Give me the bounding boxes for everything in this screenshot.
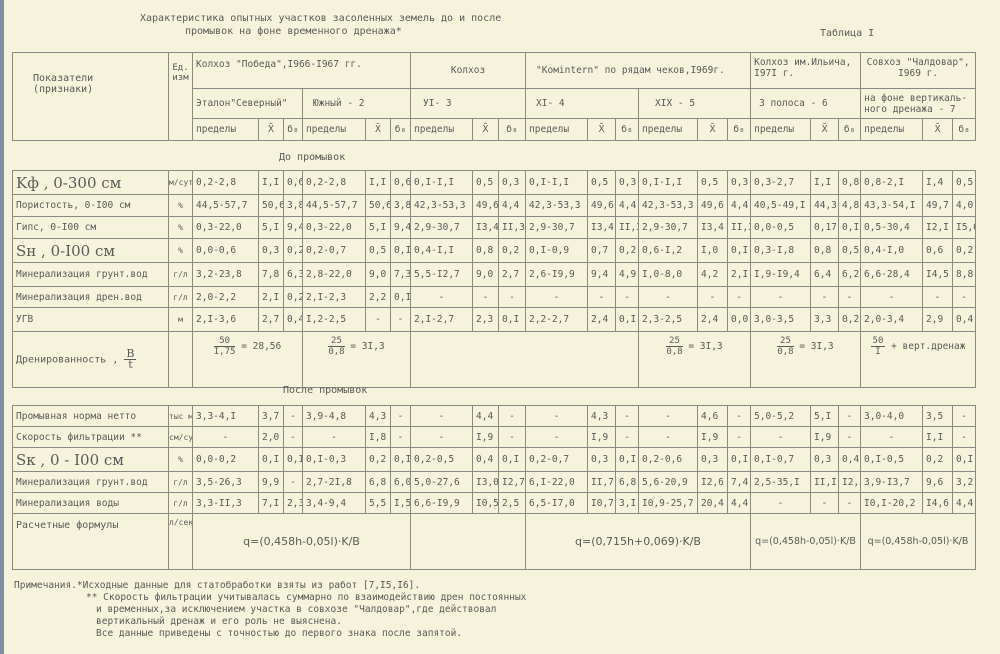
cell-sd: II,3 xyxy=(499,217,526,239)
formula-4: q=(0,458h-0,05l)·K/B xyxy=(861,514,976,570)
cell-sd: 0,I xyxy=(839,217,861,239)
subheader-range: пределы xyxy=(411,119,473,141)
notes: Примечания.*Исходные данные для статобра… xyxy=(14,580,526,640)
row-label: Минерализация грунт.вод xyxy=(13,263,169,287)
subheader-mean: X̄ xyxy=(259,119,284,141)
cell-sd: - xyxy=(839,493,861,514)
cell-mean: - xyxy=(698,287,728,308)
cell-mean: I4,5 xyxy=(923,263,953,287)
subheader-sd: б₈ xyxy=(499,119,526,141)
cell-sd: 4,9 xyxy=(616,263,639,287)
cell-sd: - xyxy=(953,427,976,448)
row-unit: тыс м³/га xyxy=(169,406,193,427)
cell-sd: 9,4 xyxy=(284,217,303,239)
cell-mean: - xyxy=(923,287,953,308)
cell-mean: I,9 xyxy=(811,427,839,448)
row-unit: г/л xyxy=(169,263,193,287)
cell-sd: 4,4 xyxy=(953,493,976,514)
cell-range: 0,I-0,5 xyxy=(861,448,923,472)
cell-sd: 0,3 xyxy=(499,171,526,195)
cell-sd: 0,3 xyxy=(616,171,639,195)
header-group-ilyicha: Колхоз им.Ильича, I97I г. xyxy=(751,53,861,89)
cell-mean: I2,6 xyxy=(698,472,728,493)
cell-sd: 4,4 xyxy=(728,493,751,514)
subheader-sd: б₈ xyxy=(953,119,976,141)
cell-range: 2,I-3,6 xyxy=(193,308,259,332)
cell-mean: I0,7 xyxy=(588,493,616,514)
cell-mean: I,4 xyxy=(923,171,953,195)
cell-mean: 0,3 xyxy=(588,448,616,472)
cell-range: I0,I-20,2 xyxy=(861,493,923,514)
cell-range: - xyxy=(411,287,473,308)
cell-range: 0,3-2,7 xyxy=(751,171,811,195)
page-edge xyxy=(0,0,4,654)
note-5: Все данные приведены с точностью до перв… xyxy=(14,628,526,640)
cell-sd: 0,3 xyxy=(728,171,751,195)
cell-range: 0,6-I,2 xyxy=(639,239,698,263)
cell-range: 0,I-I,I xyxy=(526,171,588,195)
cell-sd: 0,I xyxy=(391,448,411,472)
cell-range: 0,I-0,9 xyxy=(526,239,588,263)
table-row: Гипс, 0-I00 см%0,3-22,05,I9,40,3-22,05,I… xyxy=(13,217,976,239)
cell-sd: 6,2 xyxy=(839,263,861,287)
row-unit: г/л xyxy=(169,493,193,514)
cell-sd: - xyxy=(284,472,303,493)
cell-range: 2,I-2,7 xyxy=(411,308,473,332)
header-unit: Ед. изм xyxy=(169,53,193,141)
cell-range: 0,0-0,6 xyxy=(193,239,259,263)
cell-range: 0,2-0,6 xyxy=(639,448,698,472)
cell-sd: 3,2 xyxy=(953,472,976,493)
cell-mean: 0,6 xyxy=(923,239,953,263)
cell-mean: 5,I xyxy=(811,406,839,427)
cell-mean: 4,3 xyxy=(588,406,616,427)
cell-range: 0,4-I,I xyxy=(411,239,473,263)
header-group-kolkhoz: Колхоз xyxy=(411,53,526,89)
row-label: УГВ xyxy=(13,308,169,332)
cell-mean: 6,4 xyxy=(811,263,839,287)
note-3: и временных,за исключением участка в сов… xyxy=(14,604,526,616)
cell-sd: 0,4 xyxy=(284,308,303,332)
cell-mean: 49,7 xyxy=(923,195,953,217)
cell-sd: II,3 xyxy=(728,217,751,239)
cell-sd: - xyxy=(839,406,861,427)
cell-mean: 20,4 xyxy=(698,493,728,514)
table-row: Sн , 0-I00 см%0,0-0,60,30,20,2-0,70,50,I… xyxy=(13,239,976,263)
cell-range: 3,0-3,5 xyxy=(751,308,811,332)
cell-mean: 9,9 xyxy=(259,472,284,493)
header-site-2: Южный - 2 xyxy=(303,89,411,119)
cell-range: 6,I-22,0 xyxy=(526,472,588,493)
cell-mean: I,8 xyxy=(366,427,391,448)
note-2: ** Скорость фильтрации учитывалась сумма… xyxy=(14,592,526,604)
subheader-range: пределы xyxy=(193,119,259,141)
cell-sd: 2,I xyxy=(728,263,751,287)
cell-sd: 0,2 xyxy=(284,287,303,308)
cell-range: - xyxy=(751,287,811,308)
table-row: УГВм2,I-3,62,70,4I,2-2,5--2,I-2,72,30,I2… xyxy=(13,308,976,332)
cell-range: 2,0-2,2 xyxy=(193,287,259,308)
cell-range: 0,0-0,5 xyxy=(751,217,811,239)
cell-mean: 44,3 xyxy=(811,195,839,217)
cell-mean: - xyxy=(473,287,499,308)
cell-sd: - xyxy=(391,427,411,448)
cell-sd: - xyxy=(616,287,639,308)
cell-mean: - xyxy=(811,287,839,308)
row-unit: г/л xyxy=(169,287,193,308)
cell-sd: 8,8 xyxy=(953,263,976,287)
cell-mean: 2,7 xyxy=(259,308,284,332)
cell-mean: 0,2 xyxy=(366,448,391,472)
subheader-sd: б₈ xyxy=(391,119,411,141)
cell-sd: I2,7 xyxy=(499,472,526,493)
cell-range: 0,0-0,2 xyxy=(193,448,259,472)
cell-range: 6,6-28,4 xyxy=(861,263,923,287)
cell-sd: 2,3 xyxy=(284,493,303,514)
cell-range: I0,9-25,7 xyxy=(639,493,698,514)
cell-range: 2,0-3,4 xyxy=(861,308,923,332)
cell-mean: 49,6 xyxy=(473,195,499,217)
cell-range: 42,3-53,3 xyxy=(411,195,473,217)
cell-range: - xyxy=(526,427,588,448)
cell-sd: I2,2 xyxy=(839,472,861,493)
cell-range: 0,2-0,7 xyxy=(303,239,366,263)
subheader-mean: X̄ xyxy=(923,119,953,141)
cell-sd: 6,0 xyxy=(391,472,411,493)
subheader-range: пределы xyxy=(751,119,811,141)
cell-mean: 5,I xyxy=(259,217,284,239)
cell-mean: I4,6 xyxy=(923,493,953,514)
cell-range: 0,3-22,0 xyxy=(193,217,259,239)
cell-mean: 9,4 xyxy=(588,263,616,287)
cell-range: 5,0-27,6 xyxy=(411,472,473,493)
cell-sd: - xyxy=(953,287,976,308)
cell-mean: I0,5 xyxy=(473,493,499,514)
row-unit: % xyxy=(169,239,193,263)
cell-mean: 0,3 xyxy=(259,239,284,263)
cell-sd: - xyxy=(499,427,526,448)
subheader-range: пределы xyxy=(639,119,698,141)
cell-range: 0,3-I,8 xyxy=(751,239,811,263)
cell-range: 3,4-9,4 xyxy=(303,493,366,514)
subheader-mean: X̄ xyxy=(698,119,728,141)
cell-sd: - xyxy=(499,287,526,308)
cell-sd: 3,8 xyxy=(391,195,411,217)
formula-2: q=(0,715h+0,069)·K/B xyxy=(526,514,751,570)
cell-sd: 0,I xyxy=(499,308,526,332)
cell-sd: 0,I xyxy=(391,239,411,263)
cell-range: 0,3-22,0 xyxy=(303,217,366,239)
row-unit: % xyxy=(169,217,193,239)
cell-range: 3,3-4,I xyxy=(193,406,259,427)
cell-range: - xyxy=(303,427,366,448)
header-site-4: XI- 4 xyxy=(526,89,639,119)
cell-mean: I,I xyxy=(366,171,391,195)
cell-mean: I,I xyxy=(259,171,284,195)
cell-mean: I3,4 xyxy=(698,217,728,239)
row-unit: см/сут xyxy=(169,427,193,448)
cell-mean: 0,5 xyxy=(366,239,391,263)
cell-sd: 6,8 xyxy=(616,472,639,493)
cell-range: - xyxy=(411,427,473,448)
cell-mean: - xyxy=(811,493,839,514)
cell-mean: 2,I xyxy=(259,287,284,308)
cell-sd: 0,5 xyxy=(839,239,861,263)
cell-mean: 0,4 xyxy=(473,448,499,472)
cell-range: 2,3-2,5 xyxy=(639,308,698,332)
table-row: Kф , 0-300 смм/сут0,2-2,8I,I0,60,2-2,8I,… xyxy=(13,171,976,195)
cell-mean: 2,3 xyxy=(473,308,499,332)
cell-range: 0,I-I,I xyxy=(639,171,698,195)
cell-mean: 0,8 xyxy=(473,239,499,263)
cell-sd: 4,4 xyxy=(616,195,639,217)
cell-mean: 0,7 xyxy=(588,239,616,263)
row-label: Минерализация воды xyxy=(13,493,169,514)
drainage-value-2: 250,8 = 3I,3 xyxy=(303,332,411,388)
cell-mean: 2,2 xyxy=(366,287,391,308)
cell-mean: - xyxy=(366,308,391,332)
cell-range: 3,0-4,0 xyxy=(861,406,923,427)
drainage-value-5: 250,8 = 3I,3 xyxy=(639,332,751,388)
cell-range: - xyxy=(639,427,698,448)
cell-sd: 4,4 xyxy=(728,195,751,217)
cell-mean: 0,5 xyxy=(473,171,499,195)
cell-sd: 9,4 xyxy=(391,217,411,239)
cell-sd: 0,5 xyxy=(953,171,976,195)
cell-mean: 49,6 xyxy=(588,195,616,217)
cell-mean: 7,I xyxy=(259,493,284,514)
cell-mean: 50,6 xyxy=(259,195,284,217)
cell-range: - xyxy=(639,406,698,427)
subheader-mean: X̄ xyxy=(366,119,391,141)
table-row: Минерализация водыг/л3,3-II,37,I2,33,4-9… xyxy=(13,493,976,514)
cell-range: - xyxy=(861,427,923,448)
row-unit: % xyxy=(169,195,193,217)
cell-range: 0,2-0,5 xyxy=(411,448,473,472)
cell-mean: 5,I xyxy=(366,217,391,239)
row-label: Минерализация грунт.вод xyxy=(13,472,169,493)
cell-range: I,9-I9,4 xyxy=(751,263,811,287)
cell-range: I,0-8,0 xyxy=(639,263,698,287)
cell-sd: 0,6 xyxy=(284,171,303,195)
cell-mean: 3,5 xyxy=(923,406,953,427)
cell-sd: 0,I xyxy=(728,239,751,263)
table-row: Sк , 0 - I00 см%0,0-0,20,I0,I0,I-0,30,20… xyxy=(13,448,976,472)
table-header: Показатели (признаки) Ед. изм Колхоз "По… xyxy=(12,52,976,141)
cell-mean: 0,8 xyxy=(811,239,839,263)
row-label: Скорость фильтрации ** xyxy=(13,427,169,448)
subheader-sd: б₈ xyxy=(616,119,639,141)
cell-range: 5,6-20,9 xyxy=(639,472,698,493)
cell-range: - xyxy=(639,287,698,308)
section-before: До промывок xyxy=(279,152,345,163)
header-site-3: УI- 3 xyxy=(411,89,526,119)
cell-sd: 7,3 xyxy=(391,263,411,287)
cell-range: I,2-2,5 xyxy=(303,308,366,332)
table-before-washing: Kф , 0-300 смм/сут0,2-2,8I,I0,60,2-2,8I,… xyxy=(12,170,976,388)
cell-sd: 0,I xyxy=(616,448,639,472)
drainage-value-6: 250,8 = 3I,3 xyxy=(751,332,861,388)
cell-sd: 0,I xyxy=(391,287,411,308)
cell-mean: 7,8 xyxy=(259,263,284,287)
cell-range: 3,3-II,3 xyxy=(193,493,259,514)
formula-3: q=(0,458h-0,05l)·K/B xyxy=(751,514,861,570)
subheader-range: пределы xyxy=(303,119,366,141)
cell-mean: I3,4 xyxy=(473,217,499,239)
header-group-komintern: "Комintern" по рядам чеков,I969г. xyxy=(526,53,751,89)
cell-sd: 0,I xyxy=(284,448,303,472)
cell-sd: - xyxy=(391,406,411,427)
title-line-2: промывок на фоне временного дренажа* xyxy=(140,25,501,38)
cell-range: 2,8-22,0 xyxy=(303,263,366,287)
header-group-pobeda: Колхоз "Победа",I966-I967 гг. xyxy=(193,53,411,89)
cell-mean: 0,17 xyxy=(811,217,839,239)
cell-mean: I,I xyxy=(923,427,953,448)
cell-range: 42,3-53,3 xyxy=(639,195,698,217)
cell-mean: 6,8 xyxy=(366,472,391,493)
cell-range: - xyxy=(861,287,923,308)
cell-sd: - xyxy=(728,287,751,308)
cell-sd: 0,I xyxy=(499,448,526,472)
cell-range: 0,I-0,7 xyxy=(751,448,811,472)
cell-mean: 2,4 xyxy=(698,308,728,332)
cell-range: - xyxy=(411,406,473,427)
cell-range: 2,9-30,7 xyxy=(639,217,698,239)
cell-mean: - xyxy=(588,287,616,308)
subheader-mean: X̄ xyxy=(811,119,839,141)
cell-mean: 2,0 xyxy=(259,427,284,448)
table-row: Минерализация дрен.водг/л2,0-2,22,I0,22,… xyxy=(13,287,976,308)
subheader-mean: X̄ xyxy=(473,119,499,141)
cell-mean: I,9 xyxy=(588,427,616,448)
row-label: Гипс, 0-I00 см xyxy=(13,217,169,239)
row-label: Пористость, 0-I00 см xyxy=(13,195,169,217)
row-label: Kф , 0-300 см xyxy=(13,171,169,195)
cell-range: 0,4-I,0 xyxy=(861,239,923,263)
cell-mean: 49,6 xyxy=(698,195,728,217)
cell-mean: 3,7 xyxy=(259,406,284,427)
cell-mean: II,7 xyxy=(588,472,616,493)
cell-range: 2,I-2,3 xyxy=(303,287,366,308)
cell-range: 3,2-23,8 xyxy=(193,263,259,287)
cell-sd: 7,4 xyxy=(728,472,751,493)
header-indicator: Показатели (признаки) xyxy=(13,53,169,141)
cell-mean: 2,9 xyxy=(923,308,953,332)
cell-range: 3,9-4,8 xyxy=(303,406,366,427)
cell-range: 6,6-I9,9 xyxy=(411,493,473,514)
cell-range: 0,I-0,3 xyxy=(303,448,366,472)
header-site-6: 3 полоса - 6 xyxy=(751,89,861,119)
cell-range: - xyxy=(751,427,811,448)
formulas-unit: л/сек xyxy=(169,514,193,570)
cell-sd: 0,I xyxy=(616,308,639,332)
cell-range: 2,9-30,7 xyxy=(526,217,588,239)
header-site-1: Эталон"Северный" xyxy=(193,89,303,119)
table-row: Пористость, 0-I00 см%44,5-57,750,63,844,… xyxy=(13,195,976,217)
cell-sd: 2,5 xyxy=(499,493,526,514)
header-site-7: на фоне вертикаль-ного дренажа - 7 xyxy=(861,89,976,119)
table-row: Промывная норма неттотыс м³/га3,3-4,I3,7… xyxy=(13,406,976,427)
cell-sd: - xyxy=(284,406,303,427)
row-unit: м/сут xyxy=(169,171,193,195)
cell-sd: 0,2 xyxy=(499,239,526,263)
cell-sd: 0,4 xyxy=(839,448,861,472)
row-unit: % xyxy=(169,448,193,472)
cell-range: 44,5-57,7 xyxy=(193,195,259,217)
cell-mean: 0,3 xyxy=(698,448,728,472)
cell-sd: I,5 xyxy=(391,493,411,514)
cell-sd: - xyxy=(953,406,976,427)
cell-range: 0,I-I,I xyxy=(411,171,473,195)
cell-sd: 6,3 xyxy=(284,263,303,287)
cell-mean: 9,0 xyxy=(473,263,499,287)
row-label: Минерализация дрен.вод xyxy=(13,287,169,308)
table-number: Таблица I xyxy=(820,28,874,39)
cell-sd: 0,8 xyxy=(839,171,861,195)
cell-range: 2,9-30,7 xyxy=(411,217,473,239)
cell-sd: 4,0 xyxy=(953,195,976,217)
row-unit: м xyxy=(169,308,193,332)
cell-sd: - xyxy=(284,427,303,448)
row-unit: г/л xyxy=(169,472,193,493)
cell-sd: 2,7 xyxy=(499,263,526,287)
cell-mean: I2,I xyxy=(923,217,953,239)
header-site-5: XIX - 5 xyxy=(639,89,751,119)
cell-range: 5,5-I2,7 xyxy=(411,263,473,287)
cell-range: - xyxy=(751,493,811,514)
drainage-row: Дренированность , Bt 50I,75 = 28,56 250,… xyxy=(13,332,976,388)
cell-range: 0,2-0,7 xyxy=(526,448,588,472)
cell-mean: 4,4 xyxy=(473,406,499,427)
cell-sd: 4,8 xyxy=(839,195,861,217)
table-row: Минерализация грунт.водг/л3,2-23,87,86,3… xyxy=(13,263,976,287)
cell-mean: 3,3 xyxy=(811,308,839,332)
cell-sd: 4,4 xyxy=(499,195,526,217)
cell-range: 2,7-2I,8 xyxy=(303,472,366,493)
table-row: Скорость фильтрации **см/сут-2,0--I,8--I… xyxy=(13,427,976,448)
cell-sd: - xyxy=(839,427,861,448)
cell-mean: I,9 xyxy=(473,427,499,448)
cell-mean: 4,6 xyxy=(698,406,728,427)
cell-range: 40,5-49,I xyxy=(751,195,811,217)
cell-mean: 9,0 xyxy=(366,263,391,287)
cell-sd: - xyxy=(391,308,411,332)
subheader-mean: X̄ xyxy=(588,119,616,141)
cell-sd: - xyxy=(728,427,751,448)
cell-mean: 0,5 xyxy=(698,171,728,195)
cell-sd: - xyxy=(616,406,639,427)
subheader-sd: б₈ xyxy=(728,119,751,141)
subheader-range: пределы xyxy=(861,119,923,141)
cell-mean: I,I xyxy=(811,171,839,195)
cell-mean: I,9 xyxy=(698,427,728,448)
cell-range: - xyxy=(526,406,588,427)
cell-mean: 2,4 xyxy=(588,308,616,332)
cell-range: 44,5-57,7 xyxy=(303,195,366,217)
cell-sd: 0,I xyxy=(953,448,976,472)
title-line-1: Характеристика опытных участков засоленн… xyxy=(140,12,501,25)
note-1: Примечания.*Исходные данные для статобра… xyxy=(14,580,526,592)
cell-mean: 50,6 xyxy=(366,195,391,217)
drainage-label: Дренированность , Bt xyxy=(13,332,169,388)
cell-sd: - xyxy=(616,427,639,448)
subheader-sd: б₈ xyxy=(839,119,861,141)
drainage-value-1: 50I,75 = 28,56 xyxy=(193,332,303,388)
formula-1: q=(0,458h-0,05l)·K/B xyxy=(193,514,411,570)
row-label: Промывная норма нетто xyxy=(13,406,169,427)
cell-sd: - xyxy=(728,406,751,427)
cell-range: 42,3-53,3 xyxy=(526,195,588,217)
